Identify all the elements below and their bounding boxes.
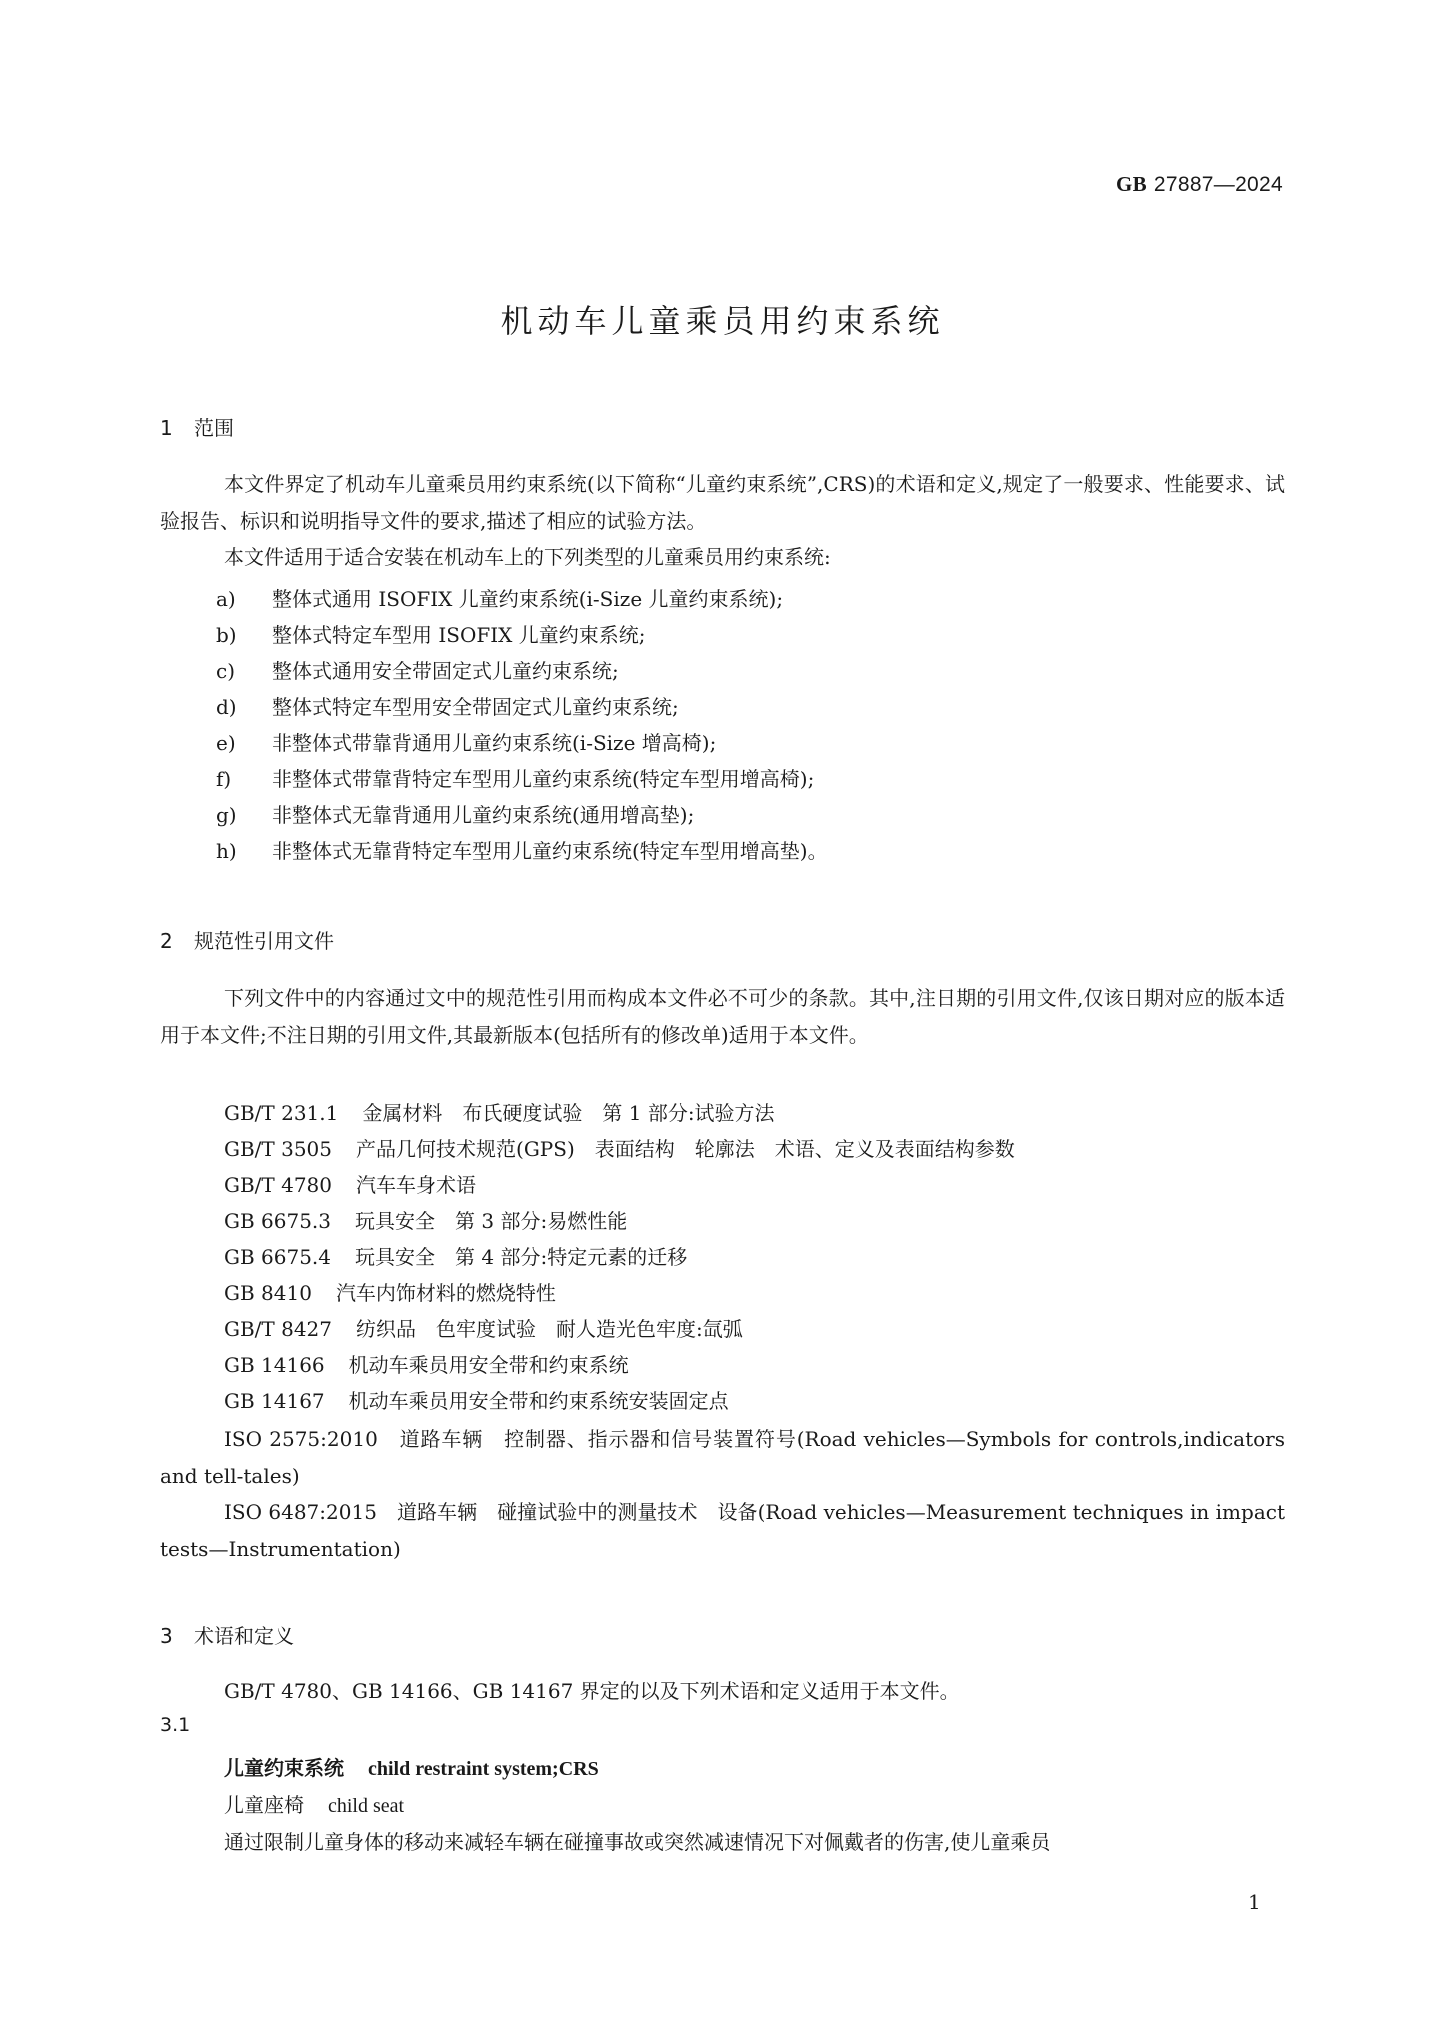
reference-title: 汽车内饰材料的燃烧特性 [336,1281,556,1305]
reference-title: 金属材料 布氏硬度试验 第 1 部分:试验方法 [362,1101,774,1125]
list-text: 整体式特定车型用 ISOFIX 儿童约束系统; [272,623,645,647]
reference-item-iso-2575: ISO 2575:2010 道路车辆 控制器、指示器和信号装置符号(Road v… [160,1421,1285,1494]
list-text: 非整体式带靠背通用儿童约束系统(i-Size 增高椅); [272,731,716,755]
list-item: f)非整体式带靠背特定车型用儿童约束系统(特定车型用增高椅); [216,763,814,792]
reference-title: 玩具安全 第 3 部分:易燃性能 [355,1209,627,1233]
list-marker: d) [216,695,272,719]
term-heading: 儿童约束系统child restraint system;CRS [224,1752,599,1781]
reference-code: GB/T 231.1 [224,1101,338,1125]
section-title: 规范性引用文件 [194,929,334,953]
reference-title: 机动车乘员用安全带和约束系统安装固定点 [349,1389,729,1413]
list-item: h)非整体式无靠背特定车型用儿童约束系统(特定车型用增高垫)。 [216,835,828,864]
list-marker: e) [216,731,272,755]
section-number: 1 [160,416,194,440]
document-title: 机动车儿童乘员用约束系统 [0,296,1445,342]
list-text: 整体式通用 ISOFIX 儿童约束系统(i-Size 儿童约束系统); [272,587,783,611]
scope-paragraph-1: 本文件界定了机动车儿童乘员用约束系统(以下简称“儿童约束系统”,CRS)的术语和… [160,466,1285,539]
reference-item: GB/T 4780汽车车身术语 [224,1169,476,1198]
section-3-heading: 3术语和定义 [160,1620,294,1649]
list-marker: h) [216,839,272,863]
list-marker: f) [216,767,272,791]
list-item: a)整体式通用 ISOFIX 儿童约束系统(i-Size 儿童约束系统); [216,583,783,612]
list-marker: c) [216,659,272,683]
standard-code: 27887—2024 [1154,173,1283,196]
reference-code: GB 8410 [224,1281,312,1305]
normative-references-intro: 下列文件中的内容通过文中的规范性引用而构成本文件必不可少的条款。其中,注日期的引… [160,980,1285,1053]
list-item: e)非整体式带靠背通用儿童约束系统(i-Size 增高椅); [216,727,716,756]
reference-item: GB/T 8427纺织品 色牢度试验 耐人造光色牢度:氙弧 [224,1313,743,1342]
reference-code: GB 14167 [224,1389,325,1413]
term-alt-zh: 儿童座椅 [224,1793,304,1817]
list-item: b)整体式特定车型用 ISOFIX 儿童约束系统; [216,619,645,648]
term-en: child restraint system;CRS [368,1758,599,1780]
term-number: 3.1 [160,1714,190,1736]
section-2-heading: 2规范性引用文件 [160,925,334,954]
reference-item: GB 6675.3玩具安全 第 3 部分:易燃性能 [224,1205,627,1234]
section-1-heading: 1范围 [160,412,234,441]
section-title: 术语和定义 [194,1624,294,1648]
reference-title: 产品几何技术规范(GPS) 表面结构 轮廓法 术语、定义及表面结构参数 [356,1137,1015,1161]
list-marker: g) [216,803,272,827]
section-title: 范围 [194,416,234,440]
reference-code: GB 6675.3 [224,1209,331,1233]
list-item: d)整体式特定车型用安全带固定式儿童约束系统; [216,691,679,720]
reference-item: GB/T 3505产品几何技术规范(GPS) 表面结构 轮廓法 术语、定义及表面… [224,1133,1015,1162]
section-number: 3 [160,1624,194,1648]
term-alternative: 儿童座椅child seat [224,1789,404,1818]
list-item: c)整体式通用安全带固定式儿童约束系统; [216,655,619,684]
list-text: 整体式通用安全带固定式儿童约束系统; [272,659,619,683]
term-zh: 儿童约束系统 [224,1756,344,1780]
reference-code: GB/T 8427 [224,1317,332,1341]
scope-paragraph-2: 本文件适用于适合安装在机动车上的下列类型的儿童乘员用约束系统: [160,539,1285,576]
list-marker: b) [216,623,272,647]
reference-title: 纺织品 色牢度试验 耐人造光色牢度:氙弧 [356,1317,743,1341]
list-item: g)非整体式无靠背通用儿童约束系统(通用增高垫); [216,799,694,828]
standard-prefix: GB [1116,172,1147,196]
reference-item: GB/T 231.1金属材料 布氏硬度试验 第 1 部分:试验方法 [224,1097,775,1126]
reference-item: GB 6675.4玩具安全 第 4 部分:特定元素的迁移 [224,1241,687,1270]
reference-item: GB 14166机动车乘员用安全带和约束系统 [224,1349,629,1378]
term-definition: 通过限制儿童身体的移动来减轻车辆在碰撞事故或突然减速情况下对佩戴者的伤害,使儿童… [224,1826,1050,1855]
reference-code: GB/T 3505 [224,1137,332,1161]
list-marker: a) [216,587,272,611]
reference-code: GB 6675.4 [224,1245,331,1269]
terms-intro: GB/T 4780、GB 14166、GB 14167 界定的以及下列术语和定义… [224,1675,960,1704]
page-number: 1 [1248,1890,1261,1914]
reference-title: 汽车车身术语 [356,1173,476,1197]
reference-code: GB 14166 [224,1353,325,1377]
section-number: 2 [160,929,194,953]
list-text: 整体式特定车型用安全带固定式儿童约束系统; [272,695,679,719]
list-text: 非整体式带靠背特定车型用儿童约束系统(特定车型用增高椅); [272,767,814,791]
reference-title: 机动车乘员用安全带和约束系统 [349,1353,629,1377]
list-text: 非整体式无靠背通用儿童约束系统(通用增高垫); [272,803,694,827]
term-alt-en: child seat [328,1795,404,1817]
reference-title: 玩具安全 第 4 部分:特定元素的迁移 [355,1245,687,1269]
reference-item: GB 8410汽车内饰材料的燃烧特性 [224,1277,556,1306]
reference-code: GB/T 4780 [224,1173,332,1197]
reference-item-iso-6487: ISO 6487:2015 道路车辆 碰撞试验中的测量技术 设备(Road ve… [160,1494,1285,1567]
reference-item: GB 14167机动车乘员用安全带和约束系统安装固定点 [224,1385,729,1414]
list-text: 非整体式无靠背特定车型用儿童约束系统(特定车型用增高垫)。 [272,839,828,863]
standard-number: GB 27887—2024 [1116,172,1283,197]
